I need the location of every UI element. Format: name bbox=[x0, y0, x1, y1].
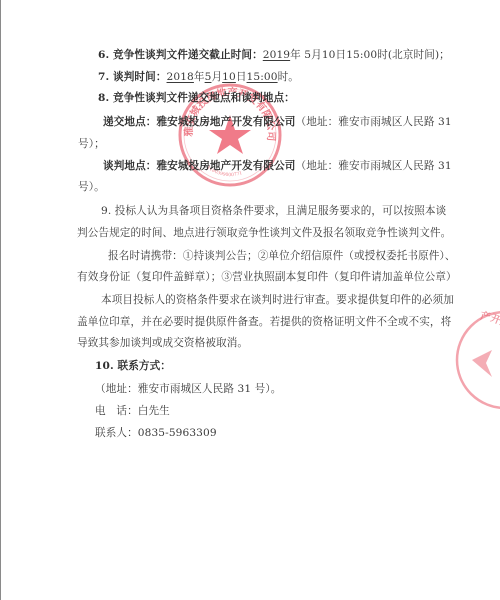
submit-company: 雅安城投房地产开发有限公司 bbox=[156, 116, 295, 128]
day-unit: 日 bbox=[236, 71, 247, 83]
item-10-heading: 10. 联系方式： bbox=[95, 359, 171, 373]
item-7-time: 15:00 bbox=[247, 71, 278, 83]
item-9-line-7: 导致其参加谈判或成交资格被取消。 bbox=[77, 336, 248, 350]
contact-phone: 电 话：白先生 bbox=[95, 404, 170, 418]
item-9-line-3: 报名时请携带：①持谈判公告；②单位介绍信原件（或授权委托书原件）、 bbox=[108, 249, 456, 263]
negotiation-address: （地址：雅安市雨城区人民路 31 bbox=[296, 160, 452, 172]
negotiation-location-label: 谈判地点： bbox=[103, 160, 156, 172]
page-left-edge bbox=[0, 0, 1, 600]
item-6-label: 6. 竞争性谈判文件递交截止时间： bbox=[98, 49, 263, 61]
contact-person: 联系人：0835-5963309 bbox=[95, 426, 217, 440]
time-unit: 时。 bbox=[278, 71, 299, 83]
item-9-line-1: 9. 投标人认为具备项目资格条件要求，且满足服务要求的，可以按照本谈 bbox=[101, 204, 446, 218]
submit-address-end: 号）； bbox=[78, 137, 105, 151]
submit-address: （地址：雅安市雨城区人民路 31 bbox=[296, 116, 452, 128]
negotiation-location: 谈判地点：雅安城投房地产开发有限公司（地址：雅安市雨城区人民路 31 bbox=[103, 159, 452, 173]
edge-seal-stamp: 产开发有限公司 bbox=[450, 305, 500, 415]
svg-text:产开发有限公司: 产开发有限公司 bbox=[480, 309, 500, 366]
item-7-negotiation-time: 7. 谈判时间：2018年5月10日15:00时。 bbox=[98, 70, 299, 84]
submit-location-label: 递交地点： bbox=[103, 116, 156, 128]
item-7-day: 10 bbox=[222, 71, 236, 83]
item-8-heading: 8. 竞争性谈判文件递交地点和谈判地点： bbox=[98, 91, 295, 105]
item-7-label: 7. 谈判时间： bbox=[98, 71, 167, 83]
contact-address: （地址：雅安市雨城区人民路 31 号）。 bbox=[95, 382, 281, 396]
item-6-deadline: 6. 竞争性谈判文件递交截止时间：2019年 5月10日15:00时(北京时间)… bbox=[98, 48, 450, 62]
negotiation-company: 雅安城投房地产开发有限公司 bbox=[156, 160, 295, 172]
month-unit: 月 bbox=[211, 71, 222, 83]
item-7-year: 2018 bbox=[167, 71, 194, 83]
item-6-year: 2019 bbox=[263, 49, 290, 61]
item-9-line-2: 判公告规定的时间、地点进行领取竞争性谈判文件及报名领取竞争性谈判文件。 bbox=[77, 226, 451, 240]
item-6-date: 年 5月10日15:00时(北京时间)； bbox=[290, 49, 450, 61]
year-unit: 年 bbox=[194, 71, 205, 83]
item-9-line-4: 有效身份证（复印件盖鲜章）；③营业执照副本复印件（复印件请加盖单位公章） bbox=[77, 270, 457, 284]
item-9-line-6: 盖单位印章，并在必要时提供原件备查。若提供的资格证明文件不全或不实，将 bbox=[77, 315, 451, 329]
item-9-line-5: 本项目投标人的资格条件要求在谈判时进行审查。要求提供复印件的必须加 bbox=[101, 293, 454, 307]
negotiation-address-end: 号）。 bbox=[78, 180, 105, 194]
submit-location: 递交地点：雅安城投房地产开发有限公司（地址：雅安市雨城区人民路 31 bbox=[103, 115, 452, 129]
